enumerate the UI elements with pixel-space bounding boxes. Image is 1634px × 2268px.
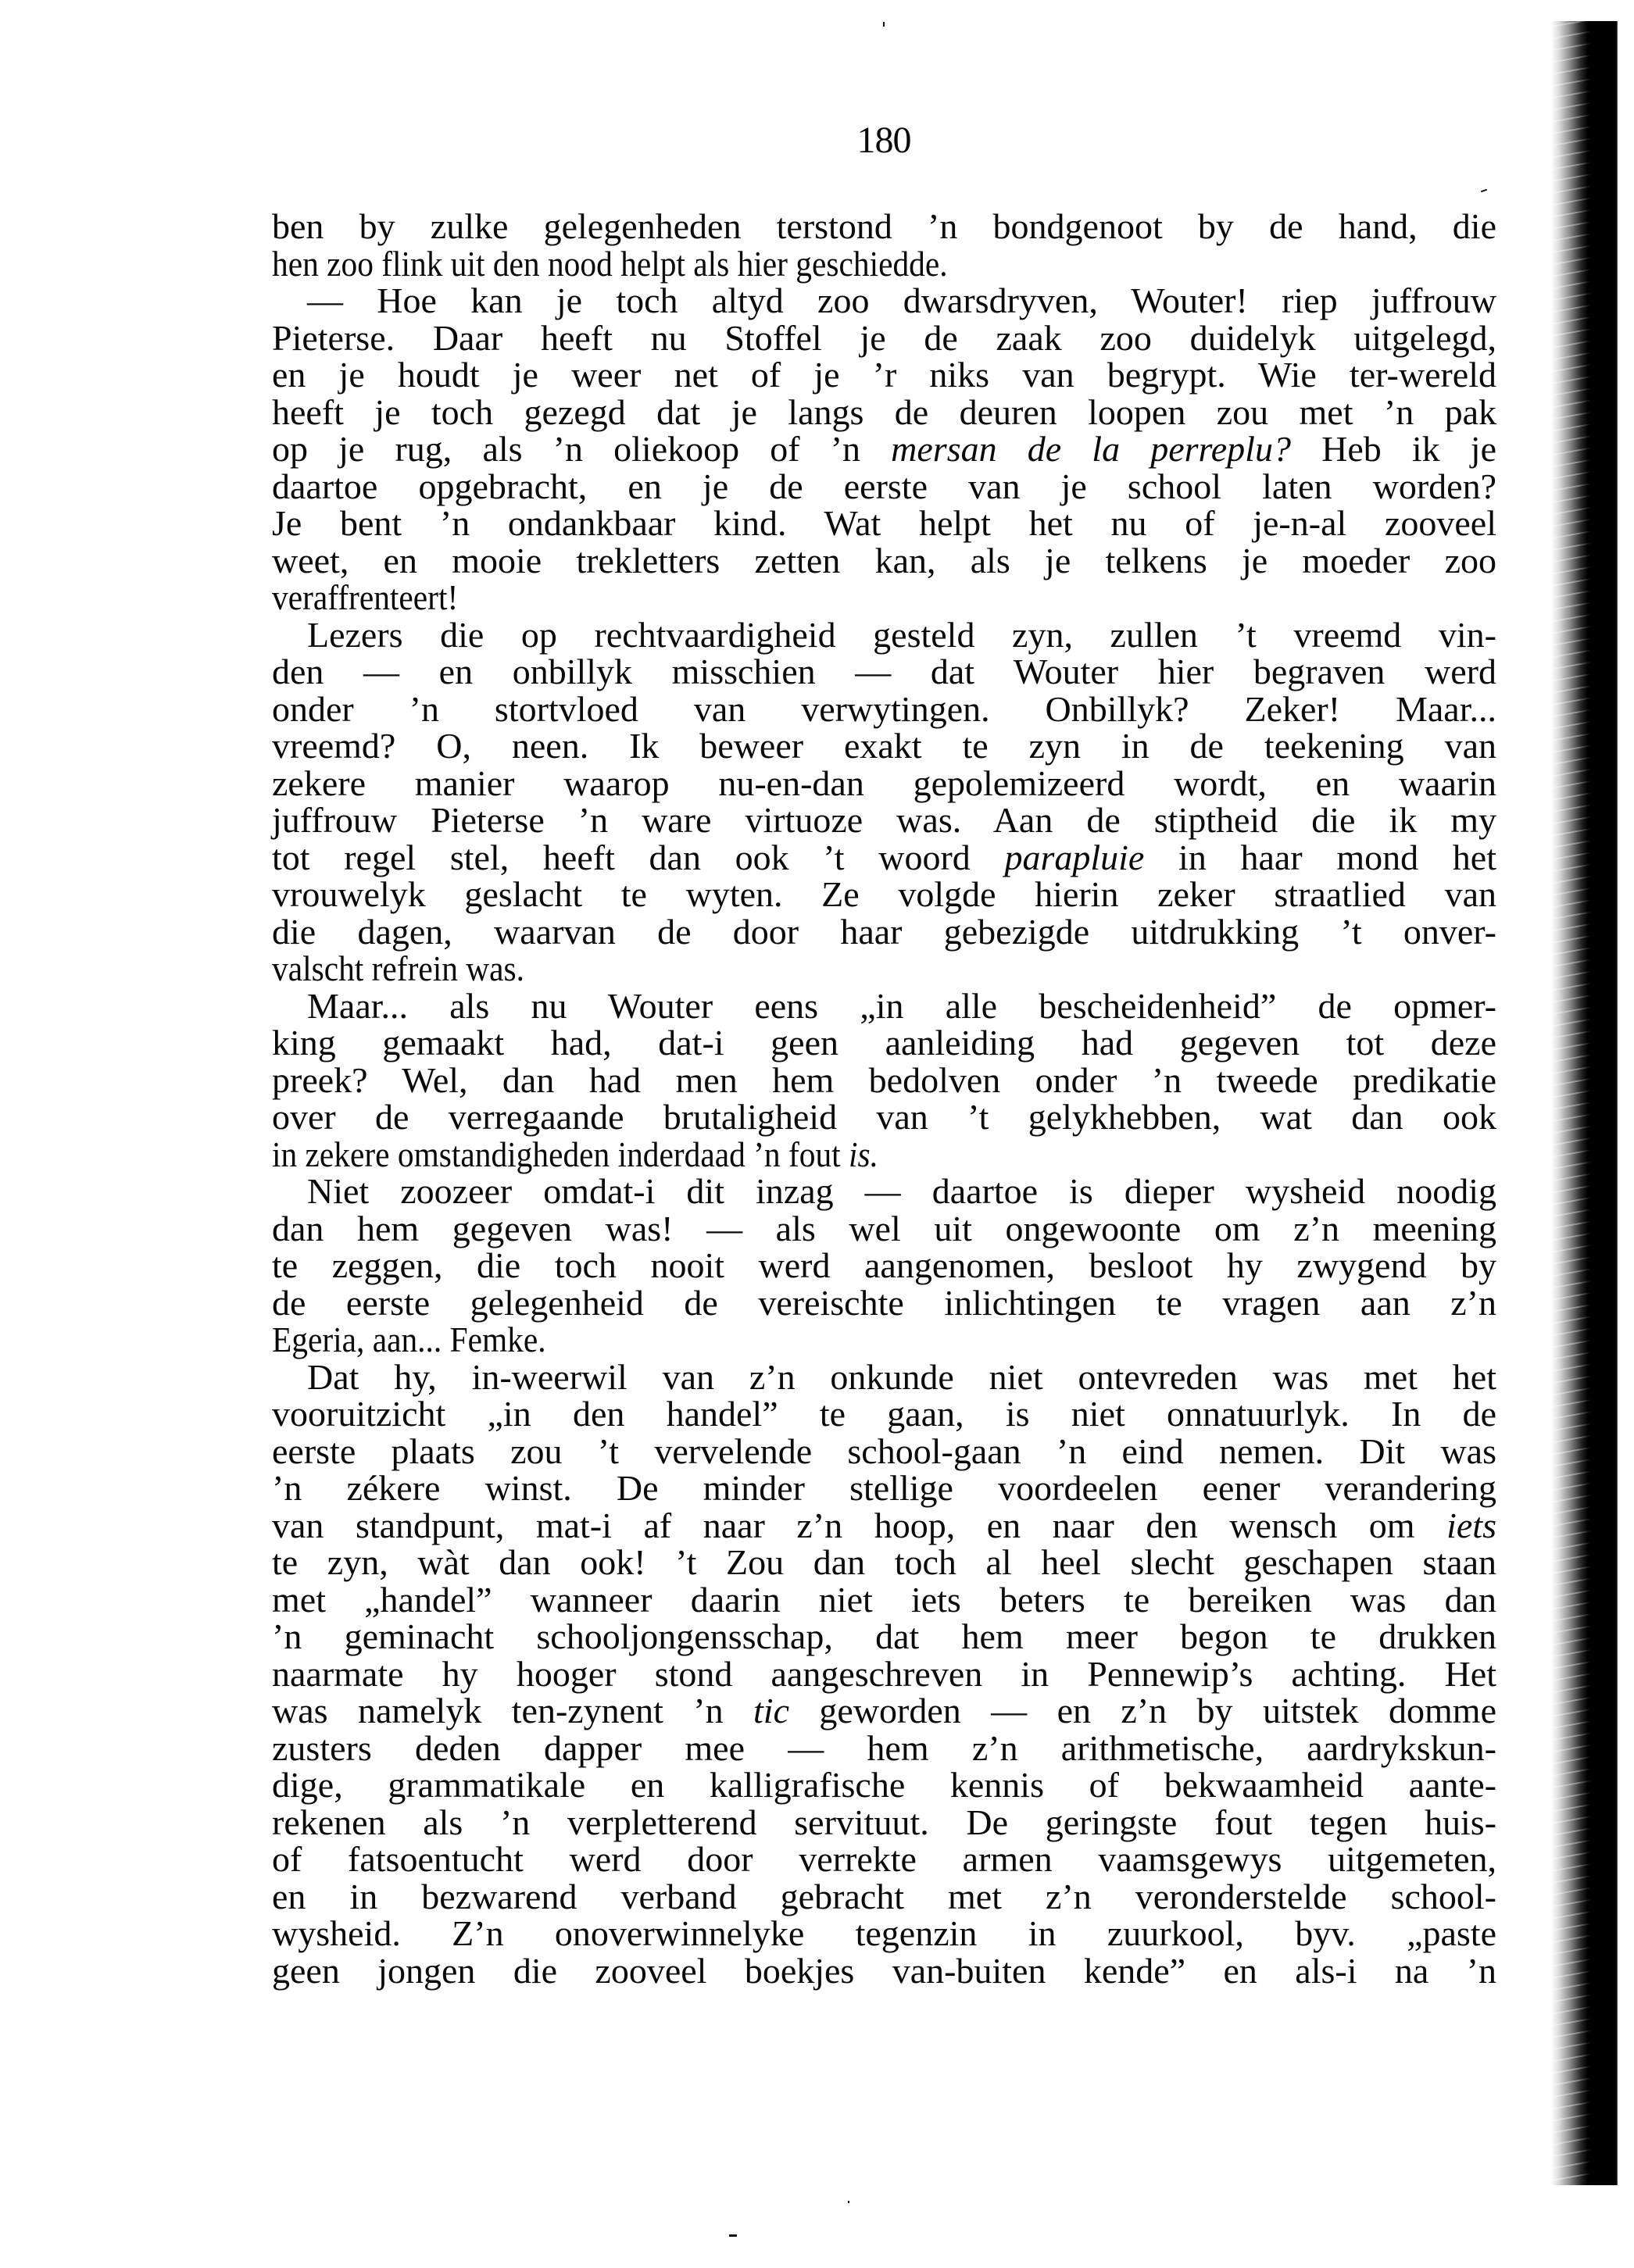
text-line: van standpunt, mat-i af naar z’n hoop, e… — [272, 1507, 1496, 1545]
text-line: en je houdt je weer net of je ’r niks va… — [272, 356, 1496, 394]
text-line: tot regel stel, heeft dan ook ’t woord p… — [272, 839, 1496, 877]
text-line: hen zoo flink uit den nood helpt als hie… — [272, 245, 1496, 283]
text-run: Je bent ’n ondankbaar kind. Wat helpt he… — [272, 503, 1496, 543]
text-run: te zyn, wàt dan ook! ’t Zou dan toch al … — [272, 1542, 1496, 1582]
text-run: geworden — en z’n by uitstek domme — [789, 1691, 1496, 1730]
text-line: dan hem gegeven was! — als wel uit ongew… — [272, 1210, 1496, 1248]
text-run: hen zoo flink uit den nood helpt als hie… — [272, 244, 948, 284]
text-run: in zekere omstandigheden inderdaad ’n fo… — [272, 1134, 849, 1174]
text-run: Heb ik je — [1291, 429, 1496, 469]
text-run: zekere manier waarop nu-en-dan gepolemiz… — [272, 763, 1496, 803]
text-run: dige, grammatikale en kalligrafische ken… — [272, 1765, 1496, 1805]
text-line: daartoe opgebracht, en je de eerste van … — [272, 468, 1496, 505]
print-speck — [883, 22, 885, 27]
text-run: ’n geminacht schooljongensschap, dat hem… — [272, 1616, 1496, 1656]
text-run: — Hoe kan je toch altyd zoo dwarsdryven,… — [307, 280, 1496, 320]
text-run: vooruitzicht „in den handel” te gaan, is… — [272, 1394, 1496, 1434]
text-run: juffrouw Pieterse ’n ware virtuoze was. … — [272, 800, 1496, 840]
text-line: ’n geminacht schooljongensschap, dat hem… — [272, 1618, 1496, 1655]
text-run: rekenen als ’n verpletterend servituut. … — [272, 1802, 1496, 1842]
text-run: king gemaakt had, dat-i geen aanleiding … — [272, 1023, 1496, 1063]
text-line: op je rug, als ’n oliekoop of ’n mersan … — [272, 430, 1496, 468]
italic-phrase: parapluie — [1004, 838, 1144, 877]
text-line: vreemd? O, neen. Ik beweer exakt te zyn … — [272, 727, 1496, 765]
text-run: vreemd? O, neen. Ik beweer exakt te zyn … — [272, 726, 1496, 766]
text-line: vooruitzicht „in den handel” te gaan, is… — [272, 1395, 1496, 1433]
text-line: veraffrenteert! — [272, 579, 1496, 616]
text-run: eerste plaats zou ’t vervelende school-g… — [272, 1431, 1496, 1471]
text-run: valscht refrein was. — [272, 948, 524, 988]
text-line: dige, grammatikale en kalligrafische ken… — [272, 1766, 1496, 1804]
text-line: de eerste gelegenheid de vereischte inli… — [272, 1284, 1496, 1322]
text-line: weet, en mooie trekletters zetten kan, a… — [272, 542, 1496, 580]
text-line: ’n zékere winst. De minder stellige voor… — [272, 1470, 1496, 1507]
print-speck — [1481, 189, 1487, 193]
text-run: Egeria, aan... Femke. — [272, 1320, 546, 1359]
text-run: naarmate hy hooger stond aangeschreven i… — [272, 1654, 1496, 1694]
text-line: Maar... als nu Wouter eens „in alle besc… — [272, 988, 1496, 1025]
text-line: preek? Wel, dan had men hem bedolven ond… — [272, 1062, 1496, 1099]
text-line: naarmate hy hooger stond aangeschreven i… — [272, 1655, 1496, 1693]
text-run: wysheid. Z’n onoverwinnelyke tegenzin in… — [272, 1913, 1496, 1953]
text-line: in zekere omstandigheden inderdaad ’n fo… — [272, 1136, 1496, 1173]
text-run: Dat hy, in-weerwil van z’n onkunde niet … — [307, 1357, 1496, 1397]
text-line: den — en onbillyk misschien — dat Wouter… — [272, 653, 1496, 691]
text-line: zusters deden dapper mee — hem z’n arith… — [272, 1730, 1496, 1767]
text-line: king gemaakt had, dat-i geen aanleiding … — [272, 1024, 1496, 1062]
text-run: veraffrenteert! — [272, 577, 458, 617]
text-line: valscht refrein was. — [272, 950, 1496, 988]
text-run: dan hem gegeven was! — als wel uit ongew… — [272, 1209, 1496, 1248]
text-run: ’n zékere winst. De minder stellige voor… — [272, 1468, 1496, 1508]
text-run: tot regel stel, heeft dan ook ’t woord — [272, 838, 1004, 877]
text-line: of fatsoentucht werd door verrekte armen… — [272, 1841, 1496, 1878]
book-binding-shadow — [1551, 21, 1618, 2185]
text-line: te zeggen, die toch nooit werd aangenome… — [272, 1247, 1496, 1284]
text-run: ben by zulke gelegenheden terstond ’n bo… — [272, 206, 1496, 246]
text-run: den — en onbillyk misschien — dat Wouter… — [272, 652, 1496, 691]
italic-phrase: tic — [753, 1691, 789, 1730]
italic-phrase: iets — [1446, 1505, 1496, 1545]
text-line: Pieterse. Daar heeft nu Stoffel je de za… — [272, 320, 1496, 357]
text-run: daartoe opgebracht, en je de eerste van … — [272, 466, 1496, 506]
body-text: ben by zulke gelegenheden terstond ’n bo… — [272, 208, 1496, 1989]
text-line: Egeria, aan... Femke. — [272, 1321, 1496, 1359]
text-run: over de verregaande brutaligheid van ’t … — [272, 1097, 1496, 1137]
text-run: en je houdt je weer net of je ’r niks va… — [272, 355, 1496, 395]
text-line: was namelyk ten-zynent ’n tic geworden —… — [272, 1692, 1496, 1730]
text-line: geen jongen die zooveel boekjes van-buit… — [272, 1952, 1496, 1990]
italic-phrase: is. — [849, 1134, 878, 1174]
text-run: preek? Wel, dan had men hem bedolven ond… — [272, 1060, 1496, 1100]
text-line: heeft je toch gezegd dat je langs de deu… — [272, 394, 1496, 431]
text-run: Niet zoozeer omdat-i dit inzag — daartoe… — [307, 1171, 1496, 1211]
text-line: die dagen, waarvan de door haar gebezigd… — [272, 913, 1496, 951]
text-run: de eerste gelegenheid de vereischte inli… — [272, 1283, 1496, 1323]
text-run: van standpunt, mat-i af naar z’n hoop, e… — [272, 1505, 1446, 1545]
text-line: Dat hy, in-weerwil van z’n onkunde niet … — [272, 1359, 1496, 1396]
text-line: wysheid. Z’n onoverwinnelyke tegenzin in… — [272, 1915, 1496, 1952]
text-line: te zyn, wàt dan ook! ’t Zou dan toch al … — [272, 1544, 1496, 1581]
text-run: Lezers die op rechtvaardigheid gesteld z… — [307, 615, 1496, 655]
text-run: Pieterse. Daar heeft nu Stoffel je de za… — [272, 318, 1496, 358]
text-run: weet, en mooie trekletters zetten kan, a… — [272, 541, 1496, 580]
text-run: onder ’n stortvloed van verwytingen. Onb… — [272, 689, 1496, 729]
text-run: in haar mond het — [1144, 838, 1496, 877]
text-run: Maar... als nu Wouter eens „in alle besc… — [307, 986, 1496, 1026]
text-run: vrouwelyk geslacht te wyten. Ze volgde h… — [272, 874, 1496, 914]
text-line: en in bezwarend verband gebracht met z’n… — [272, 1878, 1496, 1916]
text-line: Lezers die op rechtvaardigheid gesteld z… — [272, 616, 1496, 654]
page-number: 180 — [0, 119, 1634, 163]
text-line: — Hoe kan je toch altyd zoo dwarsdryven,… — [272, 282, 1496, 320]
text-run: was namelyk ten-zynent ’n — [272, 1691, 753, 1730]
text-line: vrouwelyk geslacht te wyten. Ze volgde h… — [272, 876, 1496, 913]
text-line: rekenen als ’n verpletterend servituut. … — [272, 1804, 1496, 1841]
text-run: die dagen, waarvan de door haar gebezigd… — [272, 912, 1496, 952]
text-run: zusters deden dapper mee — hem z’n arith… — [272, 1728, 1496, 1768]
text-line: juffrouw Pieterse ’n ware virtuoze was. … — [272, 802, 1496, 839]
text-run: op je rug, als ’n oliekoop of ’n — [272, 429, 891, 469]
text-line: zekere manier waarop nu-en-dan gepolemiz… — [272, 765, 1496, 802]
text-run: heeft je toch gezegd dat je langs de deu… — [272, 392, 1496, 432]
text-run: of fatsoentucht werd door verrekte armen… — [272, 1839, 1496, 1879]
text-run: met „handel” wanneer daarin niet iets be… — [272, 1580, 1496, 1620]
text-line: met „handel” wanneer daarin niet iets be… — [272, 1581, 1496, 1619]
text-run: te zeggen, die toch nooit werd aangenome… — [272, 1245, 1496, 1285]
text-line: ben by zulke gelegenheden terstond ’n bo… — [272, 208, 1496, 245]
text-line: onder ’n stortvloed van verwytingen. Onb… — [272, 691, 1496, 728]
italic-phrase: mersan de la perreplu? — [891, 429, 1291, 469]
text-line: Je bent ’n ondankbaar kind. Wat helpt he… — [272, 505, 1496, 542]
text-run: en in bezwarend verband gebracht met z’n… — [272, 1877, 1496, 1916]
print-speck — [729, 2234, 737, 2237]
print-speck — [848, 2201, 849, 2203]
text-line: eerste plaats zou ’t vervelende school-g… — [272, 1433, 1496, 1470]
text-line: over de verregaande brutaligheid van ’t … — [272, 1098, 1496, 1136]
text-run: geen jongen die zooveel boekjes van-buit… — [272, 1951, 1496, 1991]
text-line: Niet zoozeer omdat-i dit inzag — daartoe… — [272, 1173, 1496, 1210]
